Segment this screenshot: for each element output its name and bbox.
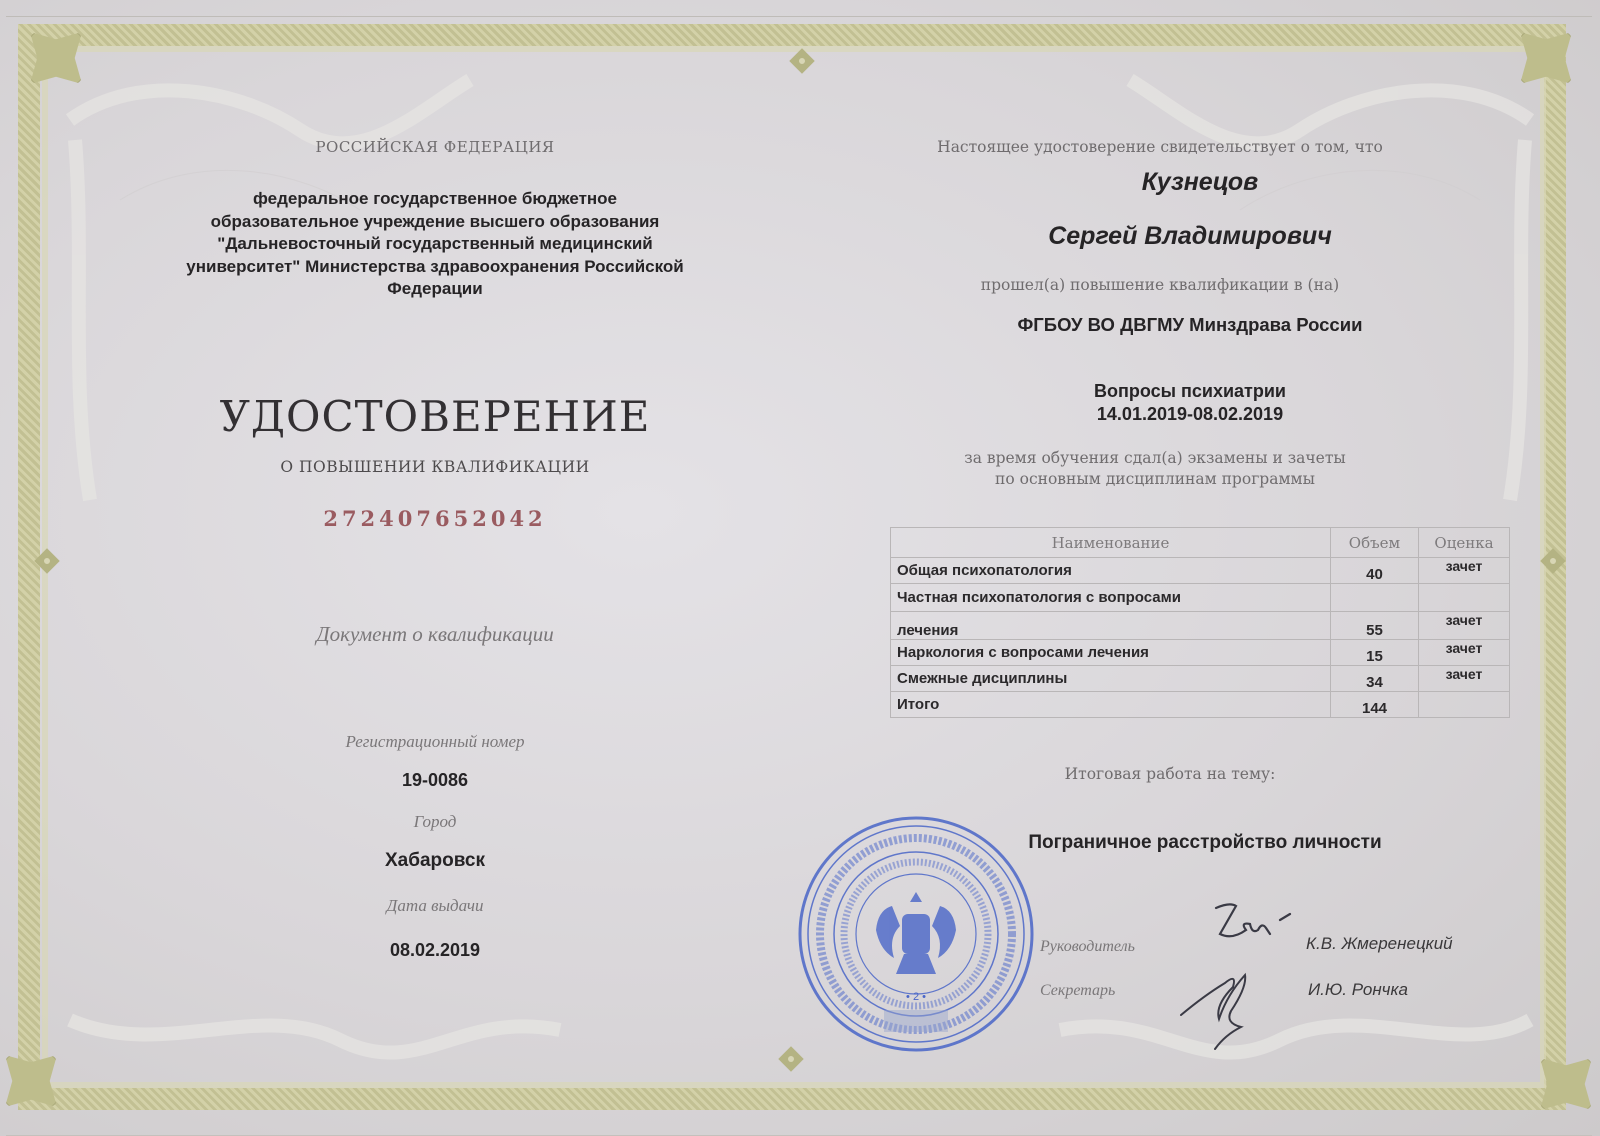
program-title: Вопросы психиатрии [960, 380, 1420, 403]
table-row: Наркология с вопросами лечения 15 зачет [891, 640, 1510, 666]
corner-ornament-bottom-left [5, 1055, 57, 1107]
city-label: Город [140, 812, 730, 832]
discipline-name: лечения [891, 612, 1331, 640]
registration-number: 19-0086 [140, 770, 730, 791]
exams-text-line: по основным дисциплинам программы [930, 469, 1380, 490]
issue-date: 08.02.2019 [140, 940, 730, 961]
organization-line: федеральное государственное бюджетное [140, 188, 730, 211]
discipline-grade: зачет [1419, 558, 1510, 584]
corner-ornament-bottom-right [1540, 1058, 1592, 1110]
holder-given-names: Сергей Владимирович [990, 222, 1390, 251]
total-volume: 144 [1331, 692, 1419, 718]
organization-line: Федерации [140, 278, 730, 301]
total-label: Итого [891, 692, 1331, 718]
secretary-signature-icon [1175, 965, 1265, 1055]
certificate-subtitle: О ПОВЫШЕНИИ КВАЛИФИКАЦИИ [140, 458, 730, 476]
table-total-row: Итого 144 [891, 692, 1510, 718]
discipline-grade: зачет [1419, 666, 1510, 692]
table-header-row: Наименование Объем Оценка [891, 528, 1510, 558]
column-header-name: Наименование [891, 528, 1331, 558]
certifies-text: Настоящее удостоверение свидетельствует … [920, 138, 1400, 156]
holder-surname: Кузнецов [1000, 168, 1400, 197]
passed-training-text: прошел(а) повышение квалификации в (на) [940, 276, 1380, 294]
discipline-grade: зачет [1419, 640, 1510, 666]
discipline-volume [1331, 584, 1419, 612]
organization-name: федеральное государственное бюджетное об… [140, 188, 730, 301]
program-block: Вопросы психиатрии 14.01.2019-08.02.2019 [960, 380, 1420, 426]
column-header-grade: Оценка [1419, 528, 1510, 558]
discipline-grade: зачет [1419, 612, 1510, 640]
organization-line: университет" Министерства здравоохранени… [140, 256, 730, 279]
certificate-number: 272407652042 [140, 506, 730, 531]
head-signature-icon [1210, 900, 1300, 950]
corner-ornament-top-left [30, 32, 82, 84]
issue-date-label: Дата выдачи [140, 896, 730, 916]
head-label: Руководитель [1040, 938, 1135, 956]
final-work-topic: Пограничное расстройство личности [990, 832, 1420, 854]
discipline-volume: 55 [1331, 612, 1419, 640]
organization-line: "Дальневосточный государственный медицин… [140, 233, 730, 256]
certificate-title: УДОСТОВЕРЕНИЕ [140, 392, 730, 441]
discipline-volume: 34 [1331, 666, 1419, 692]
discipline-name: Общая психопатология [891, 558, 1331, 584]
head-name: К.В. Жмеренецкий [1306, 934, 1453, 954]
secretary-name: И.Ю. Рончка [1308, 980, 1408, 1000]
table-row: Смежные дисциплины 34 зачет [891, 666, 1510, 692]
organization-line: образовательное учреждение высшего образ… [140, 211, 730, 234]
disciplines-table: Наименование Объем Оценка Общая психопат… [890, 527, 1510, 718]
exams-text: за время обучения сдал(а) экзамены и зач… [930, 448, 1380, 490]
discipline-name: Смежные дисциплины [891, 666, 1331, 692]
discipline-volume: 15 [1331, 640, 1419, 666]
training-institution: ФГБОУ ВО ДВГМУ Минздрава России [960, 314, 1420, 336]
discipline-name: Частная психопатология с вопросами [891, 584, 1331, 612]
discipline-volume: 40 [1331, 558, 1419, 584]
discipline-name: Наркология с вопросами лечения [891, 640, 1331, 666]
corner-ornament-top-right [1520, 32, 1572, 84]
column-header-volume: Объем [1331, 528, 1419, 558]
stamp-center-mark: • 2 • [906, 991, 926, 1003]
secretary-label: Секретарь [1040, 982, 1115, 1000]
official-stamp-icon: • 2 • [796, 814, 1036, 1054]
certificate-sheet: РОССИЙСКАЯ ФЕДЕРАЦИЯ федеральное государ… [0, 0, 1600, 1136]
program-dates: 14.01.2019-08.02.2019 [960, 403, 1420, 426]
exams-text-line: за время обучения сдал(а) экзамены и зач… [930, 448, 1380, 469]
city-value: Хабаровск [140, 850, 730, 872]
discipline-grade [1419, 584, 1510, 612]
table-row: лечения 55 зачет [891, 612, 1510, 640]
total-grade [1419, 692, 1510, 718]
table-row: Частная психопатология с вопросами [891, 584, 1510, 612]
document-type: Документ о квалификации [140, 622, 730, 647]
registration-label: Регистрационный номер [140, 732, 730, 752]
final-work-label: Итоговая работа на тему: [1020, 765, 1320, 783]
country-heading: РОССИЙСКАЯ ФЕДЕРАЦИЯ [140, 138, 730, 156]
table-row: Общая психопатология 40 зачет [891, 558, 1510, 584]
